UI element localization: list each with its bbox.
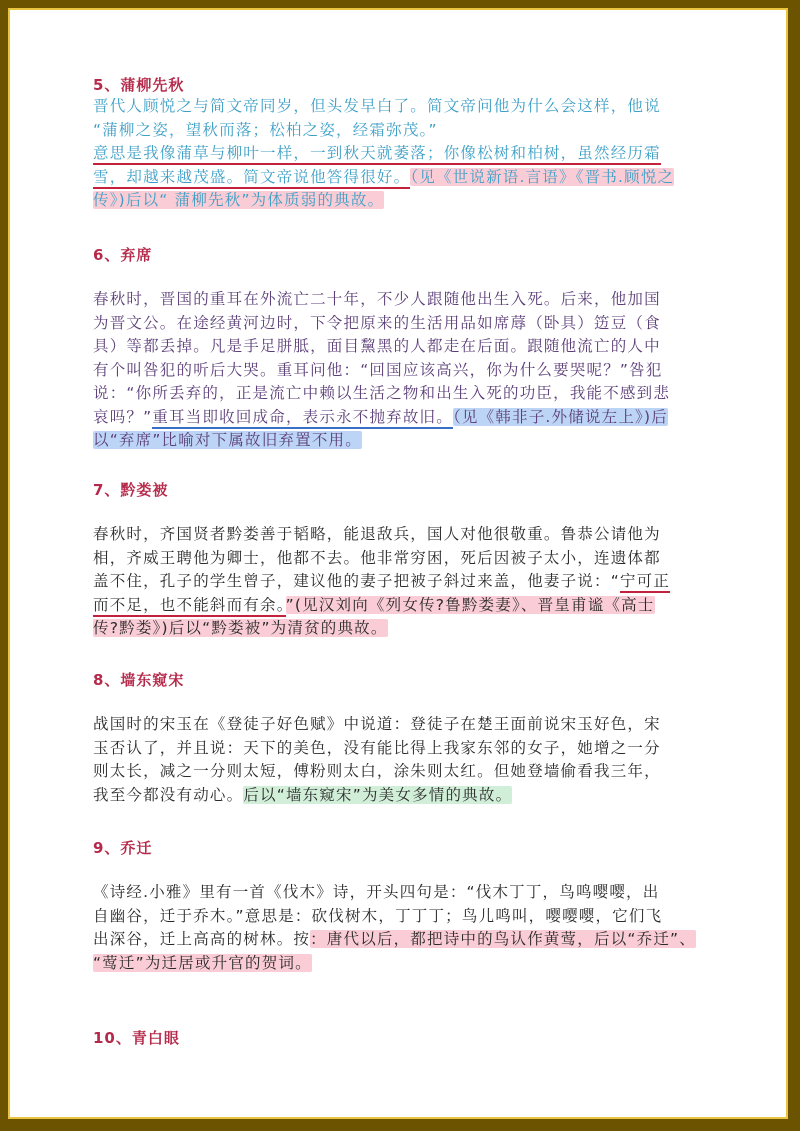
section-body: 春秋时，齐国贤者黔娄善于韬略，能退敌兵，国人对他很敬重。鲁恭公请他为 相，齐威王… xyxy=(93,523,733,641)
section-heading: 5、蒲柳先秋 xyxy=(93,75,733,95)
text-segment: 出深谷，迁上高高的树林。按 xyxy=(93,930,310,948)
text-segment: 晋代人顾悦之与简文帝同岁，但头发早白了。简文帝问他为什么会这样，他说 xyxy=(93,97,661,115)
text-line: 有个叫咎犯的听后大哭。重耳问他：“回国应该高兴，你为什么要哭呢？”咎犯 xyxy=(93,359,733,383)
text-line: 为晋文公。在途经黄河边时，下令把原来的生活用品如席蓐（卧具）笾豆（食 xyxy=(93,312,733,336)
text-segment: 哀吗？” xyxy=(93,408,152,426)
text-line: 自幽谷，迁于乔木。”意思是：砍伐树木，丁丁丁；鸟儿鸣叫，嘤嘤嘤，它们飞 xyxy=(93,905,733,929)
text-line: 相，齐威王聘他为卿士，他都不去。他非常穷困，死后因被子太小，连遗体都 xyxy=(93,547,733,571)
section-10: 10、青白眼 xyxy=(93,1028,733,1048)
highlighted-text: 后以“墙东窥宋”为美女多情的典故。 xyxy=(243,786,512,804)
underlined-text: 而不足，也不能斜而有余。 xyxy=(93,596,286,617)
text-line: 战国时的宋玉在《登徒子好色赋》中说道：登徒子在楚王面前说宋玉好色，宋 xyxy=(93,713,733,737)
section-7: 7、黔娄被 春秋时，齐国贤者黔娄善于韬略，能退敌兵，国人对他很敬重。鲁恭公请他为… xyxy=(93,480,733,641)
section-heading: 7、黔娄被 xyxy=(93,480,733,500)
text-line: 则太长，减之一分则太短，傅粉则太白，涂朱则太红。但她登墙偷看我三年， xyxy=(93,760,733,784)
page-frame: 5、蒲柳先秋 晋代人顾悦之与简文帝同岁，但头发早白了。简文帝问他为什么会这样，他… xyxy=(8,8,788,1119)
text-line: 晋代人顾悦之与简文帝同岁，但头发早白了。简文帝问他为什么会这样，他说 xyxy=(93,95,733,119)
text-segment: “蒲柳之姿，望秋而落；松柏之姿，经霜弥茂。” xyxy=(93,121,438,139)
text-line: 传?黔娄》)后以“黔娄被”为清贫的典故。 xyxy=(93,617,733,641)
text-segment: 有个叫咎犯的听后大哭。重耳问他：“回国应该高兴，你为什么要哭呢？”咎犯 xyxy=(93,361,663,379)
underlined-text: 雪，却越来越茂盛。简文帝说他答得很好。 xyxy=(93,168,410,189)
text-segment: 春秋时，晋国的重耳在外流亡二十年，不少人跟随他出生入死。后来，他加国 xyxy=(93,290,661,308)
underlined-text: 宁可正 xyxy=(620,572,670,593)
section-body: 战国时的宋玉在《登徒子好色赋》中说道：登徒子在楚王面前说宋玉好色，宋 玉否认了，… xyxy=(93,713,733,807)
text-segment: 自幽谷，迁于乔木。”意思是：砍伐树木，丁丁丁；鸟儿鸣叫，嘤嘤嘤，它们飞 xyxy=(93,907,662,925)
text-segment: 我至今都没有动心。 xyxy=(93,786,243,804)
document-page: 5、蒲柳先秋 晋代人顾悦之与简文帝同岁，但头发早白了。简文帝问他为什么会这样，他… xyxy=(10,10,786,1117)
text-segment: 说：“你所丢弃的，正是流亡中赖以生活之物和出生入死的功臣，我能不感到悲 xyxy=(93,384,670,402)
text-line: 说：“你所丢弃的，正是流亡中赖以生活之物和出生入死的功臣，我能不感到悲 xyxy=(93,382,733,406)
section-5: 5、蒲柳先秋 晋代人顾悦之与简文帝同岁，但头发早白了。简文帝问他为什么会这样，他… xyxy=(93,75,733,213)
section-heading: 10、青白眼 xyxy=(93,1028,733,1048)
text-segment: 为晋文公。在途经黄河边时，下令把原来的生活用品如席蓐（卧具）笾豆（食 xyxy=(93,314,661,332)
text-segment: 盖不住，孔子的学生曾子，建议他的妻子把被子斜过来盖，他妻子说：“ xyxy=(93,572,620,590)
text-line: 传》)后以“ 蒲柳先秋”为体质弱的典故。 xyxy=(93,189,733,213)
section-6: 6、弃席 春秋时，晋国的重耳在外流亡二十年，不少人跟随他出生入死。后来，他加国 … xyxy=(93,245,733,453)
section-heading: 8、墙东窥宋 xyxy=(93,670,733,690)
section-9: 9、乔迁 《诗经.小雅》里有一首《伐木》诗，开头四句是：“伐木丁丁，鸟鸣嘤嘤，出… xyxy=(93,838,733,975)
text-line: 具）等都丢掉。凡是手足胼胝，面目黧黑的人都走在后面。跟随他流亡的人中 xyxy=(93,335,733,359)
text-line: 玉否认了，并且说：天下的美色，没有能比得上我家东邻的女子，她增之一分 xyxy=(93,737,733,761)
underlined-text: 意思是我像蒲草与柳叶一样，一到秋天就萎落；你像松树和柏树，虽然经历霜 xyxy=(93,144,661,165)
text-line: 盖不住，孔子的学生曾子，建议他的妻子把被子斜过来盖，他妻子说：“宁可正 xyxy=(93,570,733,594)
text-line: 意思是我像蒲草与柳叶一样，一到秋天就萎落；你像松树和柏树，虽然经历霜 xyxy=(93,142,733,166)
highlighted-citation: “莺迁”为迁居或升官的贺词。 xyxy=(93,954,312,972)
text-segment: 春秋时，齐国贤者黔娄善于韬略，能退敌兵，国人对他很敬重。鲁恭公请他为 xyxy=(93,525,661,543)
text-line: 春秋时，晋国的重耳在外流亡二十年，不少人跟随他出生入死。后来，他加国 xyxy=(93,288,733,312)
text-segment: 则太长，减之一分则太短，傅粉则太白，涂朱则太红。但她登墙偷看我三年， xyxy=(93,762,661,780)
highlighted-citation: ”(见汉刘向《列女传?鲁黔娄妻》、晋皇甫谧《高士 xyxy=(286,596,655,614)
text-line: 《诗经.小雅》里有一首《伐木》诗，开头四句是：“伐木丁丁，鸟鸣嘤嘤，出 xyxy=(93,881,733,905)
text-segment: 战国时的宋玉在《登徒子好色赋》中说道：登徒子在楚王面前说宋玉好色，宋 xyxy=(93,715,661,733)
text-line: “蒲柳之姿，望秋而落；松柏之姿，经霜弥茂。” xyxy=(93,119,733,143)
text-segment: 《诗经.小雅》里有一首《伐木》诗，开头四句是：“伐木丁丁，鸟鸣嘤嘤，出 xyxy=(93,883,659,901)
text-line: 而不足，也不能斜而有余。”(见汉刘向《列女传?鲁黔娄妻》、晋皇甫谧《高士 xyxy=(93,594,733,618)
text-line: 我至今都没有动心。后以“墙东窥宋”为美女多情的典故。 xyxy=(93,784,733,808)
underlined-text: 重耳当即收回成命，表示永不抛弃故旧。 xyxy=(152,408,453,429)
section-body: 春秋时，晋国的重耳在外流亡二十年，不少人跟随他出生入死。后来，他加国 为晋文公。… xyxy=(93,288,733,453)
section-body: 《诗经.小雅》里有一首《伐木》诗，开头四句是：“伐木丁丁，鸟鸣嘤嘤，出 自幽谷，… xyxy=(93,881,733,975)
text-segment: 玉否认了，并且说：天下的美色，没有能比得上我家东邻的女子，她增之一分 xyxy=(93,739,661,757)
section-body: 晋代人顾悦之与简文帝同岁，但头发早白了。简文帝问他为什么会这样，他说 “蒲柳之姿… xyxy=(93,95,733,213)
section-heading: 9、乔迁 xyxy=(93,838,733,858)
text-line: 出深谷，迁上高高的树林。按：唐代以后，都把诗中的鸟认作黄莺，后以“乔迁”、 xyxy=(93,928,733,952)
highlighted-citation: （见《世说新语.言语》《晋书.顾悦之 xyxy=(410,168,674,186)
text-segment: 相，齐威王聘他为卿士，他都不去。他非常穷困，死后因被子太小，连遗体都 xyxy=(93,549,661,567)
text-line: 哀吗？”重耳当即收回成命，表示永不抛弃故旧。（见《韩非子.外储说左上》)后 xyxy=(93,406,733,430)
text-segment: 具）等都丢掉。凡是手足胼胝，面目黧黑的人都走在后面。跟随他流亡的人中 xyxy=(93,337,661,355)
highlighted-citation: 传》)后以“ 蒲柳先秋”为体质弱的典故。 xyxy=(93,191,384,209)
section-heading: 6、弃席 xyxy=(93,245,733,265)
text-line: 雪，却越来越茂盛。简文帝说他答得很好。（见《世说新语.言语》《晋书.顾悦之 xyxy=(93,166,733,190)
text-line: “莺迁”为迁居或升官的贺词。 xyxy=(93,952,733,976)
highlighted-citation: ：唐代以后，都把诗中的鸟认作黄莺，后以“乔迁”、 xyxy=(310,930,696,948)
highlighted-citation: 传?黔娄》)后以“黔娄被”为清贫的典故。 xyxy=(93,619,388,637)
text-line: 以“弃席”比喻对下属故旧弃置不用。 xyxy=(93,429,733,453)
highlighted-citation: 以“弃席”比喻对下属故旧弃置不用。 xyxy=(93,431,362,449)
highlighted-citation: （见《韩非子.外储说左上》)后 xyxy=(453,408,668,426)
section-8: 8、墙东窥宋 战国时的宋玉在《登徒子好色赋》中说道：登徒子在楚王面前说宋玉好色，… xyxy=(93,670,733,807)
text-line: 春秋时，齐国贤者黔娄善于韬略，能退敌兵，国人对他很敬重。鲁恭公请他为 xyxy=(93,523,733,547)
